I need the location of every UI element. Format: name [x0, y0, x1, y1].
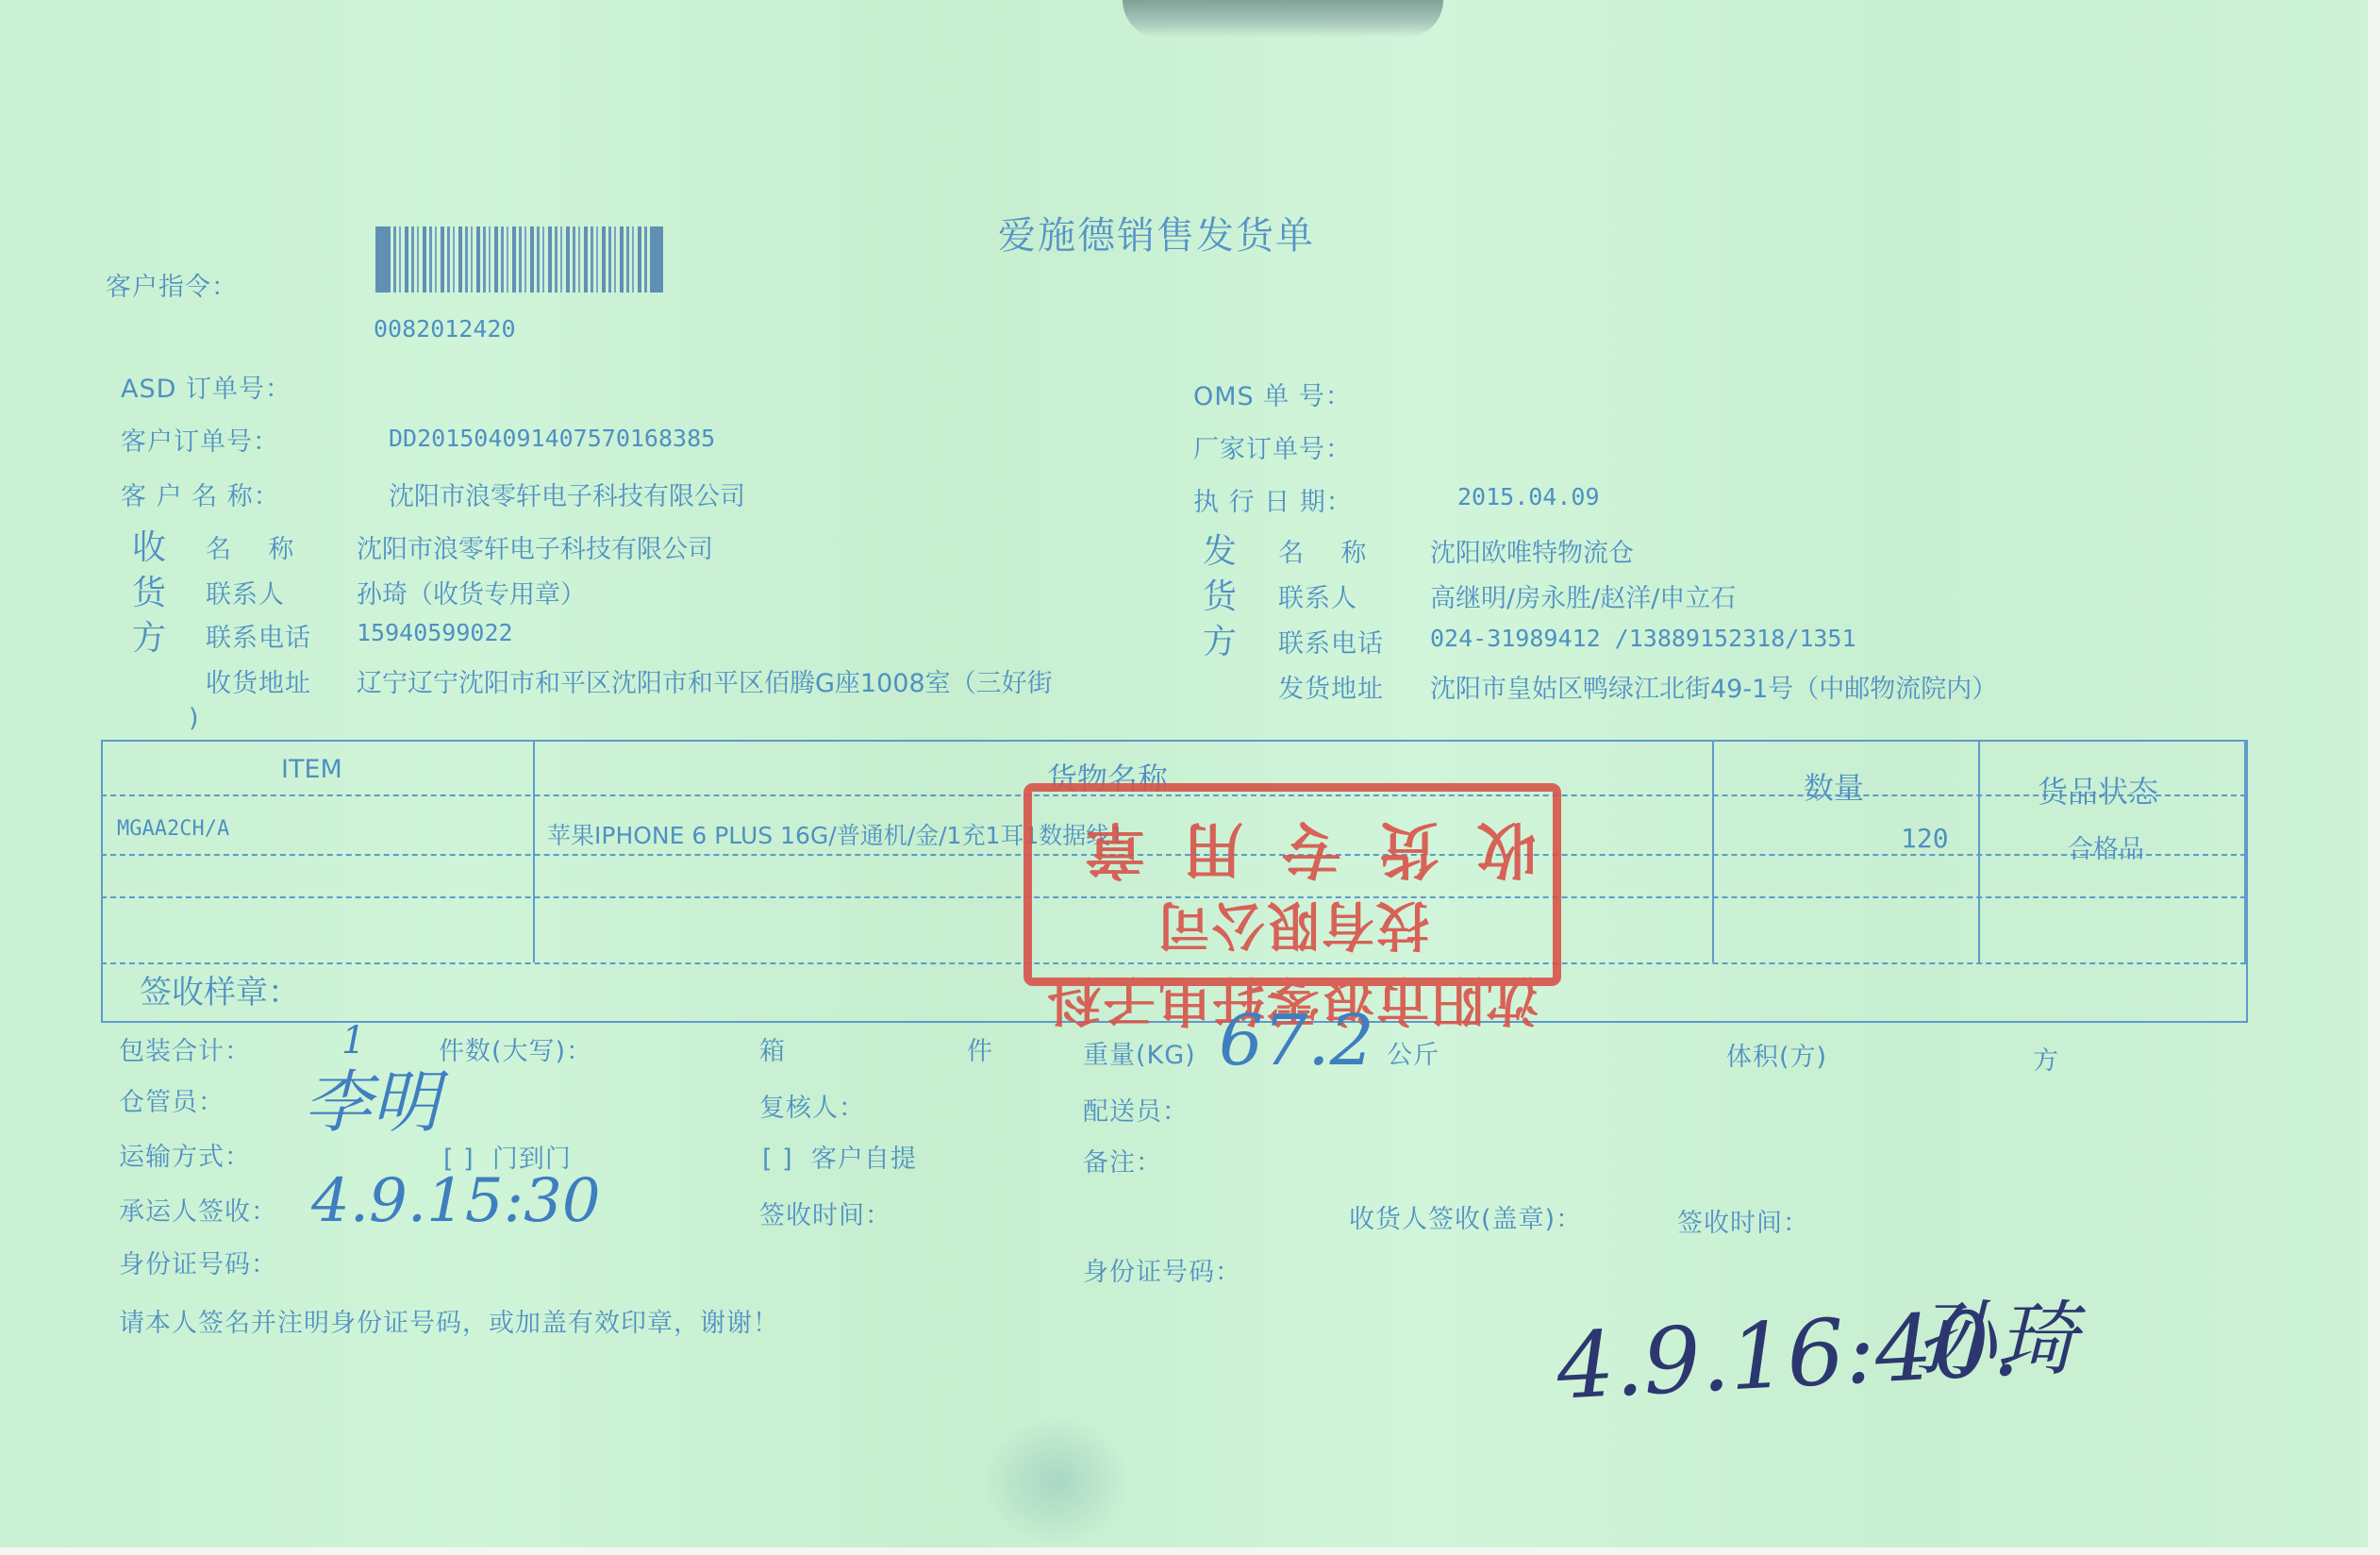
receiver-side-char-3: 方: [132, 611, 166, 660]
exec-date-value: 2015.04.09: [1457, 483, 1600, 510]
sign-sample-label: 签收样章：: [140, 966, 300, 1012]
table-col-divider: [1712, 740, 1714, 962]
col-header-item: ITEM: [281, 755, 342, 784]
package-total-label: 包装合计：: [119, 1030, 251, 1067]
sender-phone-label: 联系电话: [1278, 623, 1384, 660]
sender-phone-value: 024-31989412 /13889152318/1351: [1430, 625, 1856, 652]
customer-name-value: 沈阳市浪零轩电子科技有限公司: [389, 476, 745, 512]
receiver-name-value: 沈阳市浪零轩电子科技有限公司: [357, 528, 713, 565]
customer-instruction-label: 客户指令：: [106, 266, 238, 303]
sender-address-label: 发货地址: [1278, 668, 1384, 705]
carrier-sign-time-label: 签收时间：: [759, 1195, 891, 1231]
stamp-purpose: 收货专用章: [1032, 811, 1553, 897]
sender-contact-value: 高继明/房永胜/赵洋/申立石: [1430, 577, 1736, 614]
signing-notice: 请本人签名并注明身份证号码，或加盖有效印章，谢谢！: [119, 1302, 779, 1339]
receiver-address-value: 辽宁辽宁沈阳市和平区沈阳市和平区佰腾G座1008室（三好街: [357, 662, 1053, 699]
exec-date-label: 执 行 日 期：: [1193, 481, 1353, 518]
warehouse-keeper-label: 仓管员：: [119, 1081, 225, 1118]
customer-name-label: 客 户 名 称：: [121, 476, 280, 512]
receiver-contact-label: 联系人: [206, 574, 285, 610]
receiver-sign-label: 收货人签收(盖章)：: [1349, 1198, 1582, 1235]
asd-order-label: ASD 订单号：: [121, 368, 291, 405]
table-col-divider: [2244, 740, 2246, 962]
receiver-side-char-2: 货: [132, 566, 166, 614]
reviewer-label: 复核人：: [759, 1087, 865, 1124]
table-col-divider: [533, 740, 535, 962]
piece-label: 件: [967, 1030, 993, 1067]
receiver-contact-value: 孙琦（收货专用章）: [357, 574, 586, 610]
delivery-note-paper: 爱施德销售发货单 客户指令： 0082012420 ASD 订单号： 客户订单号…: [0, 0, 2368, 1547]
weight-unit: 公斤: [1387, 1034, 1440, 1071]
receiver-phone-label: 联系电话: [206, 617, 311, 654]
document-title: 爱施德销售发货单: [998, 206, 1315, 259]
self-pickup-checkbox[interactable]: [ ] 客户自提: [762, 1138, 917, 1175]
carrier-sign-value: 4.9.15:30: [311, 1166, 601, 1236]
box-label: 箱: [759, 1030, 786, 1067]
sender-name-value: 沈阳欧唯特物流仓: [1430, 532, 1634, 569]
sender-side-char-3: 方: [1203, 615, 1237, 663]
receiver-side-char-1: 收: [132, 521, 166, 569]
barcode-number: 0082012420: [374, 315, 516, 343]
row-item-status: 合格品: [2068, 828, 2144, 865]
sender-side-char-2: 货: [1203, 570, 1237, 618]
receiver-address-continued: ): [189, 704, 199, 733]
receiver-address-label: 收货地址: [206, 662, 311, 699]
transport-label: 运输方式：: [119, 1136, 251, 1173]
customer-order-label: 客户订单号：: [121, 421, 279, 458]
oms-order-label: OMS 单 号：: [1193, 376, 1352, 412]
receiver-sign-time-label: 签收时间：: [1677, 1202, 1809, 1239]
col-header-qty: 数量: [1804, 764, 1864, 808]
barcode: [375, 226, 663, 293]
receiver-phone-value: 15940599022: [357, 619, 513, 646]
col-header-status: 货品状态: [2038, 768, 2158, 811]
delivery-person-label: 配送员：: [1083, 1091, 1189, 1128]
weight-value: 67.2: [1219, 1000, 1374, 1081]
receiver-handwritten-signature: 孙琦: [1915, 1274, 2077, 1391]
customer-order-value: DD201504091407570168385: [389, 425, 715, 452]
sender-side-char-1: 发: [1203, 525, 1237, 573]
weight-label: 重量(KG): [1083, 1034, 1196, 1071]
carrier-id-number-label: 身份证号码：: [119, 1244, 277, 1280]
receiving-stamp: 沈阳市浪零轩电子科技有限公司 收货专用章: [1024, 783, 1561, 986]
sender-name-label: 名 称: [1278, 532, 1367, 569]
pieces-label: 件数(大写)：: [439, 1030, 592, 1067]
sender-contact-label: 联系人: [1278, 577, 1357, 614]
volume-unit: 方: [2033, 1040, 2059, 1077]
volume-label: 体积(方): [1726, 1036, 1827, 1073]
receiver-id-number-label: 身份证号码：: [1083, 1251, 1241, 1288]
row-item-qty: 120: [1901, 823, 1949, 854]
warehouse-keeper-signature: 李明: [304, 1047, 440, 1145]
table-col-divider: [1978, 740, 1980, 962]
sender-address-value: 沈阳市皇姑区鸭绿江北街49-1号（中邮物流院内）: [1430, 668, 1997, 705]
receiver-name-label: 名 称: [206, 528, 294, 565]
factory-order-label: 厂家订单号：: [1193, 428, 1352, 465]
carrier-sign-label: 承运人签收：: [119, 1191, 277, 1228]
remarks-label: 备注：: [1083, 1142, 1162, 1179]
row-item-code: MGAA2CH/A: [117, 817, 229, 841]
